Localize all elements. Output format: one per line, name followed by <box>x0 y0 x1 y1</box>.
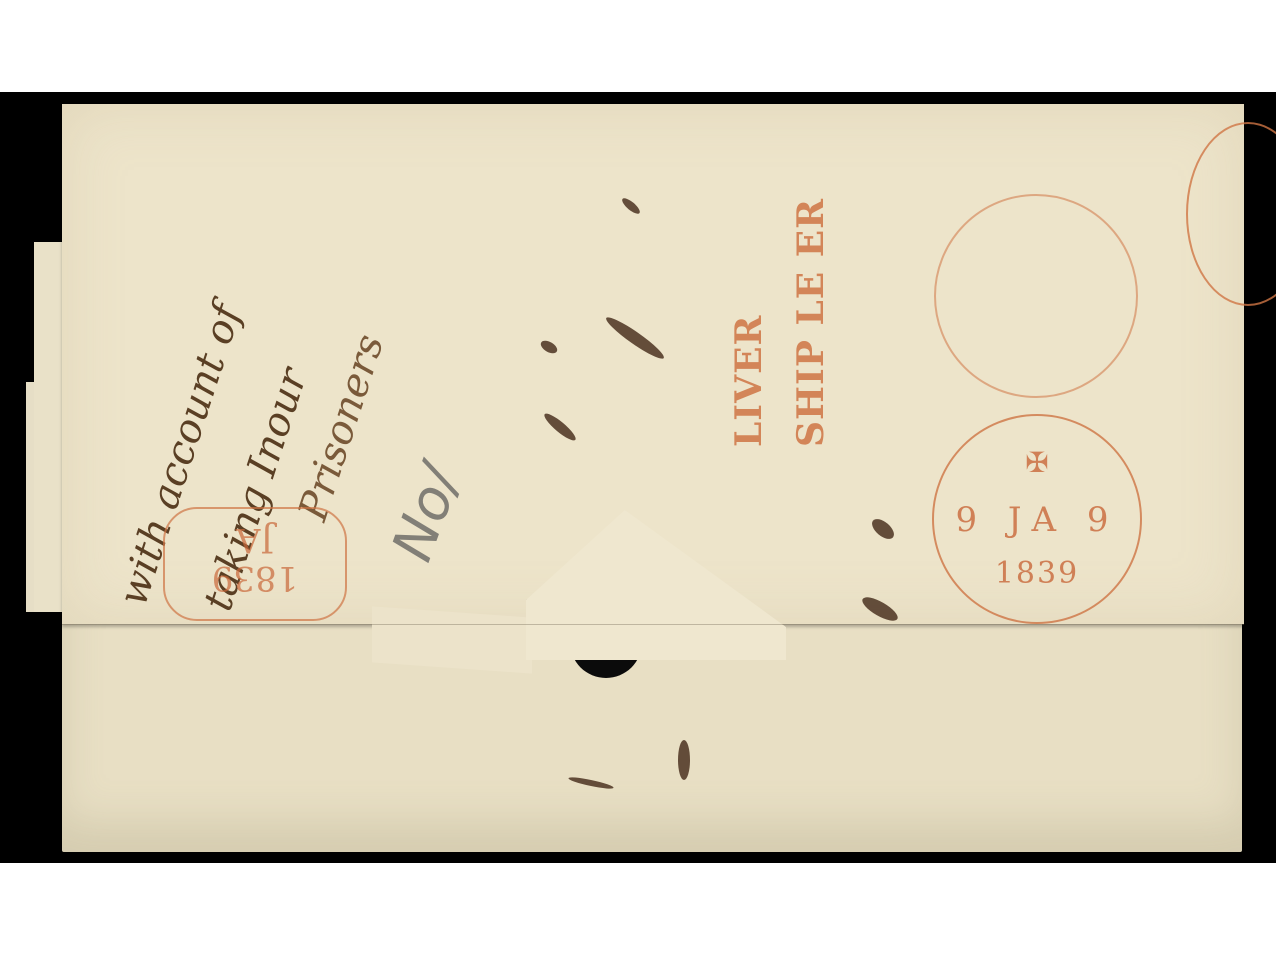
cds-day-left: 9 <box>955 500 987 540</box>
ship-letter-handstamp: LIVER SHIP LE ER <box>700 212 860 472</box>
framed-datestamp-month: JA <box>165 521 345 559</box>
ink-blot <box>678 740 690 780</box>
ship-letter-line-2: SHIP LE ER <box>790 198 832 447</box>
cds-year: 1839 <box>934 556 1140 591</box>
cds-date: 9 JA 9 <box>934 500 1140 540</box>
cds-cross: ✠ <box>934 446 1140 479</box>
cds-day-right: 9 <box>1087 500 1119 540</box>
cds-month: JA <box>1008 500 1066 540</box>
faint-circular-datestamp <box>934 194 1138 398</box>
photograph: with account of taking Inour Prisoners N… <box>0 92 1276 863</box>
letter-side-flap-inner <box>34 242 64 612</box>
framed-datestamp-year: 1839 <box>165 559 345 597</box>
ship-letter-line-1: LIVER <box>728 315 770 447</box>
circular-datestamp: ✠ 9 JA 9 1839 <box>932 414 1142 624</box>
fold-line <box>62 624 1244 625</box>
letter-lower-flap <box>372 606 532 673</box>
framed-datestamp: 1839 JA <box>163 507 347 621</box>
